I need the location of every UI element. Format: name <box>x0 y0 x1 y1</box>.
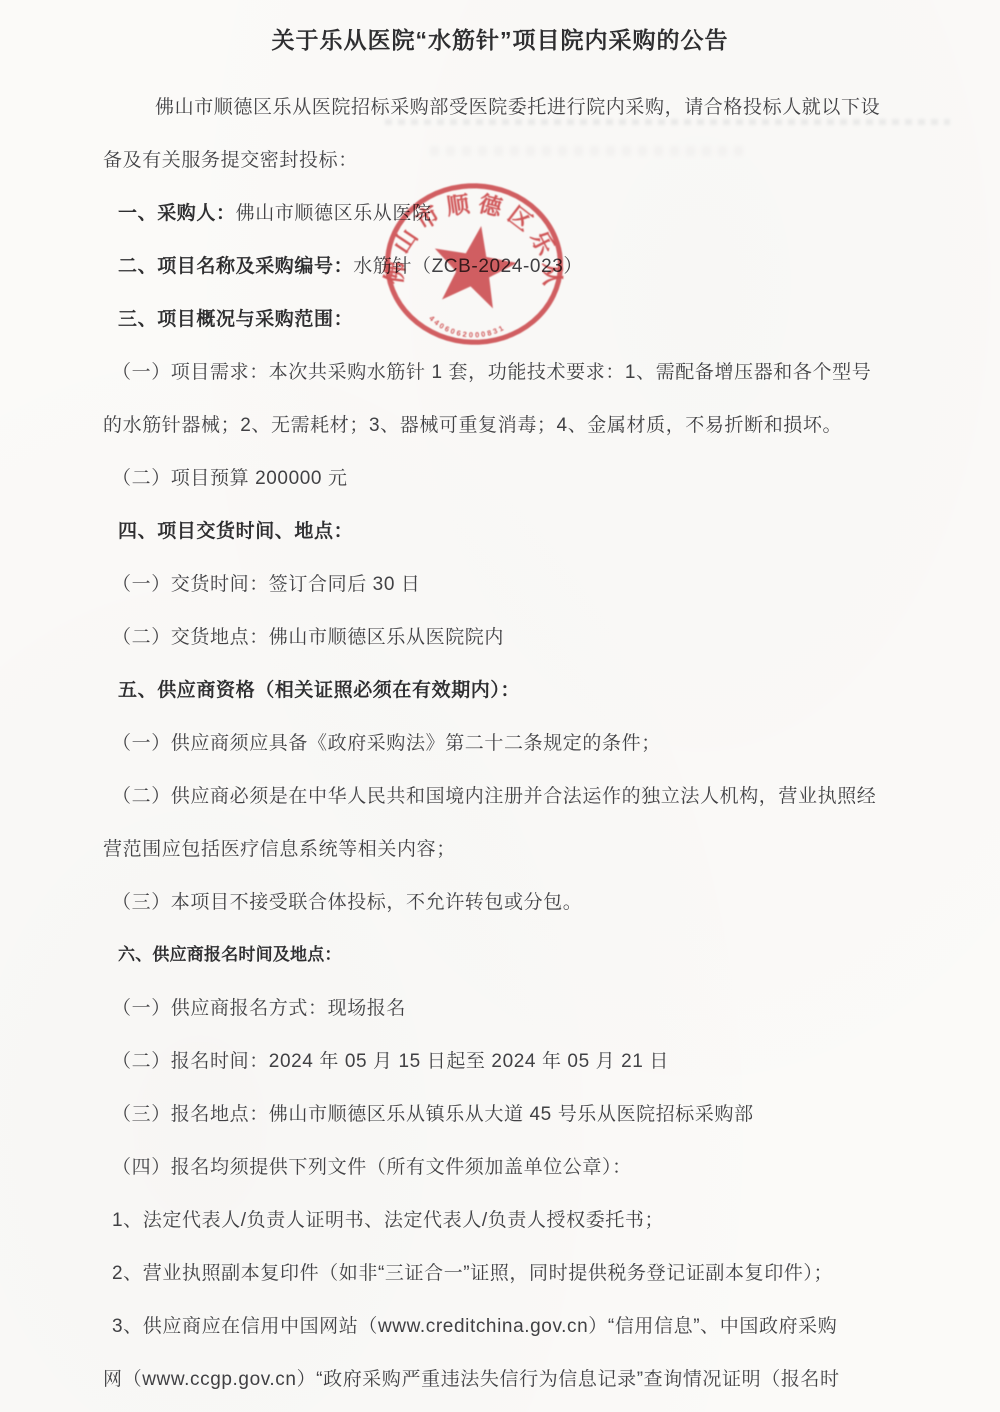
official-red-seal: 佛山市顺德区乐从医院 4406062000831 <box>371 169 577 360</box>
doc-line: 3、供应商应在信用中国网站（www.creditchina.gov.cn）“信用… <box>103 1311 905 1364</box>
scanned-document-page: 关于乐从医院“水筋针”项目院内采购的公告 佛山市顺德区乐从医院招标采购部受医院委… <box>0 0 1000 1412</box>
doc-line: 四、项目交货时间、地点： <box>103 516 905 569</box>
doc-line: （二）项目预算 200000 元 <box>103 463 905 516</box>
doc-line-label: 一、采购人： <box>118 203 236 224</box>
doc-line: 六、供应商报名时间及地点： <box>103 940 905 993</box>
doc-line: （四）报名均须提供下列文件（所有文件须加盖单位公章）： <box>103 1152 905 1205</box>
doc-line-text: 网（www.ccgp.gov.cn）“政府采购严重违法失信行为信息记录”查询情况… <box>103 1369 840 1390</box>
doc-line-text: 佛山市顺德区乐从医院招标采购部受医院委托进行院内采购，请合格投标人就以下设 <box>155 97 880 118</box>
doc-line: 1、法定代表人/负责人证明书、法定代表人/负责人授权委托书； <box>103 1205 905 1258</box>
doc-line-text: （四）报名均须提供下列文件（所有文件须加盖单位公章）： <box>112 1157 632 1178</box>
doc-line: （三）本项目不接受联合体投标，不允许转包或分包。 <box>103 887 905 940</box>
doc-line: （二）报名时间：2024 年 05 月 15 日起至 2024 年 05 月 2… <box>103 1046 905 1099</box>
doc-line-text: （一）交货时间：签订合同后 30 日 <box>112 574 421 595</box>
doc-line: （一）交货时间：签订合同后 30 日 <box>103 569 905 622</box>
doc-line-text: 的水筋针器械；2、无需耗材；3、器械可重复消毒；4、金属材质，不易折断和损坏。 <box>103 415 842 436</box>
doc-line: （二）交货地点：佛山市顺德区乐从医院院内 <box>103 622 905 675</box>
doc-line: 营范围应包括医疗信息系统等相关内容； <box>103 834 905 887</box>
doc-line: 网（www.ccgp.gov.cn）“政府采购严重违法失信行为信息记录”查询情况… <box>103 1364 905 1412</box>
doc-line: 的水筋针器械；2、无需耗材；3、器械可重复消毒；4、金属材质，不易折断和损坏。 <box>103 410 905 463</box>
doc-line-text: （二）交货地点：佛山市顺德区乐从医院院内 <box>112 627 504 648</box>
doc-line-text: 2、营业执照副本复印件（如非“三证合一”证照，同时提供税务登记证副本复印件）； <box>112 1263 833 1284</box>
doc-line-text: （一）项目需求：本次共采购水筋针 1 套，功能技术要求：1、需配备增压器和各个型… <box>112 362 871 383</box>
doc-line-label: 二、项目名称及采购编号： <box>118 256 353 277</box>
doc-line: （一）供应商须应具备《政府采购法》第二十二条规定的条件； <box>103 728 905 781</box>
doc-line: 佛山市顺德区乐从医院招标采购部受医院委托进行院内采购，请合格投标人就以下设 <box>103 92 905 145</box>
doc-line: （一）项目需求：本次共采购水筋针 1 套，功能技术要求：1、需配备增压器和各个型… <box>103 357 905 410</box>
doc-line: 五、供应商资格（相关证照必须在有效期内）： <box>103 675 905 728</box>
doc-line-text: （二）供应商必须是在中华人民共和国境内注册并合法运作的独立法人机构，营业执照经 <box>112 786 876 807</box>
doc-line: 2、营业执照副本复印件（如非“三证合一”证照，同时提供税务登记证副本复印件）； <box>103 1258 905 1311</box>
doc-line-text: （二）报名时间：2024 年 05 月 15 日起至 2024 年 05 月 2… <box>112 1051 669 1072</box>
doc-line: （二）供应商必须是在中华人民共和国境内注册并合法运作的独立法人机构，营业执照经 <box>103 781 905 834</box>
doc-line-text: 备及有关服务提交密封投标： <box>103 150 358 171</box>
doc-line: （一）供应商报名方式：现场报名 <box>103 993 905 1046</box>
doc-line-label: 五、供应商资格（相关证照必须在有效期内）： <box>118 680 520 701</box>
seal-star-icon <box>426 219 522 312</box>
doc-line-text: 3、供应商应在信用中国网站（www.creditchina.gov.cn）“信用… <box>112 1316 837 1337</box>
doc-line-text: （一）供应商须应具备《政府采购法》第二十二条规定的条件； <box>112 733 661 754</box>
doc-line-label: 四、项目交货时间、地点： <box>118 521 353 542</box>
document-title: 关于乐从医院“水筋针”项目院内采购的公告 <box>0 22 1000 55</box>
doc-line-label: 三、项目概况与采购范围： <box>118 309 353 330</box>
doc-line-text: （一）供应商报名方式：现场报名 <box>112 998 406 1019</box>
doc-line-text: 1、法定代表人/负责人证明书、法定代表人/负责人授权委托书； <box>112 1210 664 1231</box>
doc-line-text: （二）项目预算 200000 元 <box>112 468 348 489</box>
doc-line: （三）报名地点：佛山市顺德区乐从镇乐从大道 45 号乐从医院招标采购部 <box>103 1099 905 1152</box>
doc-line-text: 营范围应包括医疗信息系统等相关内容； <box>103 839 456 860</box>
doc-line-text: （三）报名地点：佛山市顺德区乐从镇乐从大道 45 号乐从医院招标采购部 <box>112 1104 754 1125</box>
doc-line-text: （三）本项目不接受联合体投标，不允许转包或分包。 <box>112 892 582 913</box>
doc-line-label: 六、供应商报名时间及地点： <box>118 945 342 964</box>
